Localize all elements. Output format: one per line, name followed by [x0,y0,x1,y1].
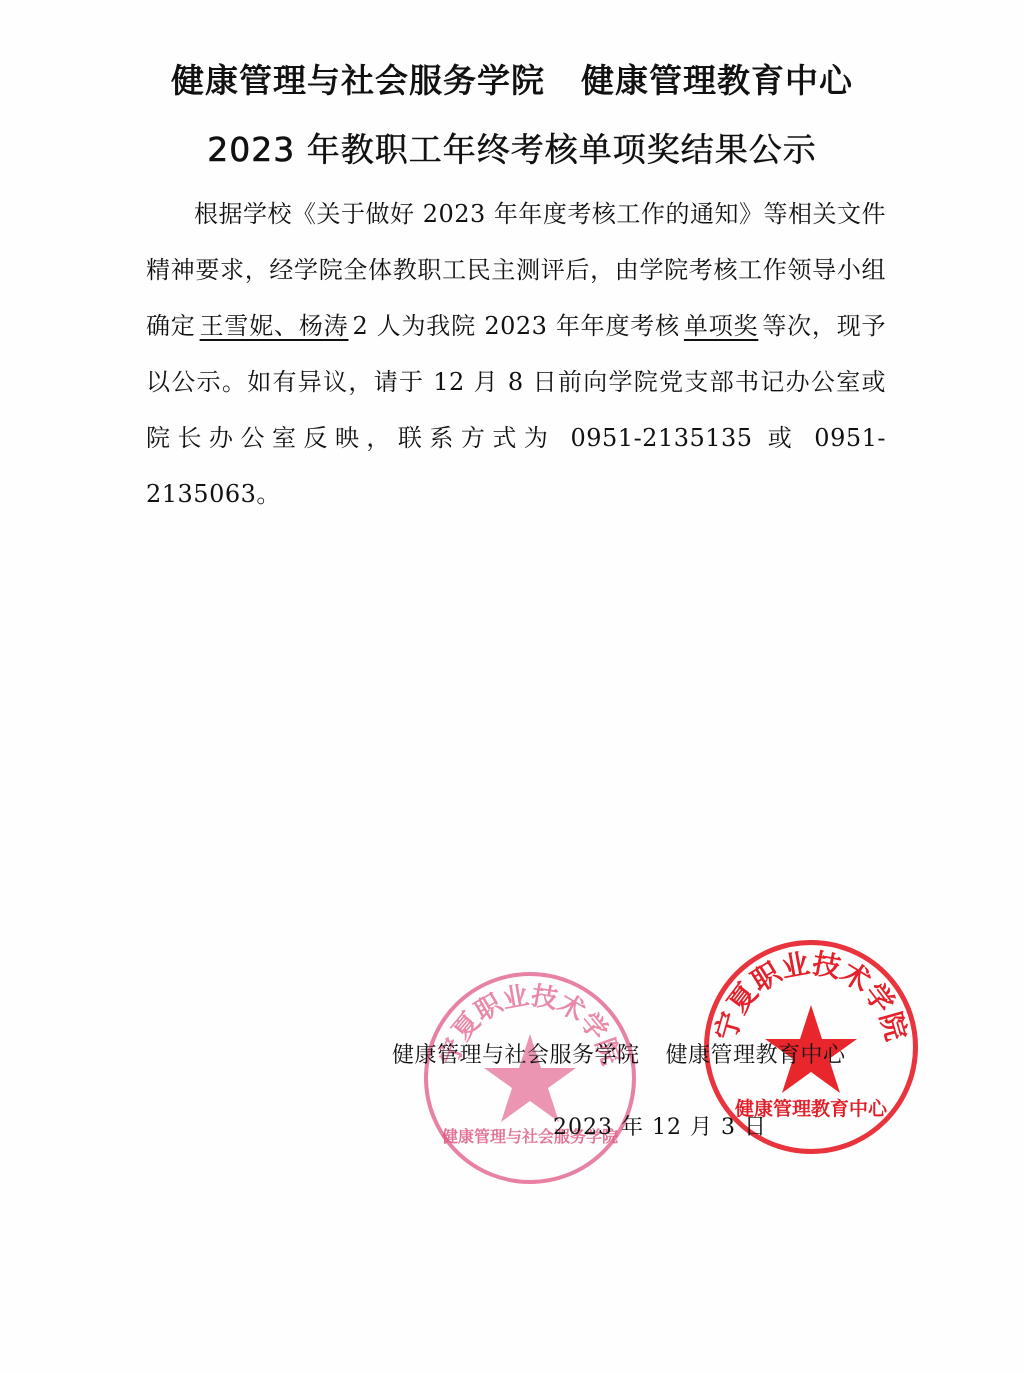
document-title-organizations: 健康管理与社会服务学院健康管理教育中心 [0,55,1024,102]
signature-center: 健康管理教育中心 [666,1043,846,1068]
announcement-body: 根据学校《关于做好 2023 年年度考核工作的通知》等相关文件精神要求，经学院全… [146,186,886,522]
title-org-center: 健康管理教育中心 [581,61,853,100]
signature-block: 健康管理与社会服务学院健康管理教育中心 [392,1038,846,1069]
document-page: 健康管理与社会服务学院健康管理教育中心 2023 年教职工年终考核单项奖结果公示… [0,0,1024,1373]
title-org-college: 健康管理与社会服务学院 [171,61,545,100]
document-date: 2023 年 12 月 3 日 [553,1110,767,1141]
seal-college-graphic: 宁夏职业技术学院 健康管理与社会服务学院 [428,976,632,1180]
awardees-field: 王雪妮、杨涛 [196,312,353,340]
announcement-paragraph: 根据学校《关于做好 2023 年年度考核工作的通知》等相关文件精神要求，经学院全… [146,186,886,522]
document-title: 2023 年教职工年终考核单项奖结果公示 [0,124,1024,171]
paragraph-segment-3: 等次，现予以公示。如有异议，请于 12 月 8 日前向学院党支部书记办公室或院长… [146,312,886,508]
award-type-field: 单项奖 [680,312,762,340]
signature-college: 健康管理与社会服务学院 [392,1043,640,1068]
official-seal-college: 宁夏职业技术学院 健康管理与社会服务学院 [424,972,636,1184]
paragraph-segment-2: 2 人为我院 2023 年年度考核 [352,312,679,340]
